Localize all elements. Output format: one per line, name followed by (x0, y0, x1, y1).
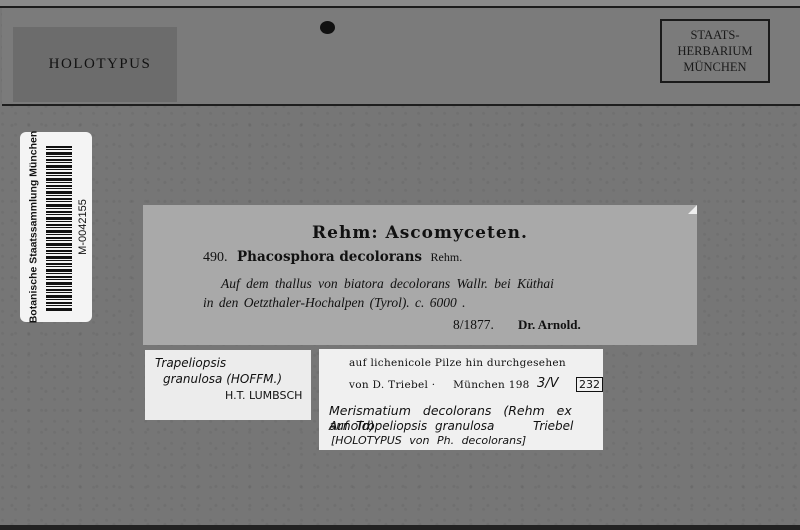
revision-boxed-number: 232 (576, 377, 603, 392)
revision-reviewer: von D. Triebel · (349, 379, 435, 391)
locality-line-2: in den Oetzthaler-Hochalpen (Tyrol). c. … (203, 295, 466, 311)
specimen-id-text: M-0042155 (77, 199, 89, 255)
revision-hand-line-2: auf Tropeliopsis granulosa (329, 419, 494, 433)
barcode-institution: Botanische Staatssammlung München (22, 132, 44, 322)
revision-printed-line-1: auf lichenicole Pilze hin durchgesehen (349, 357, 566, 369)
species-line: 490. Phacosphora decolorans Rehm. (203, 249, 462, 266)
revision-label: auf lichenicole Pilze hin durchgesehen v… (319, 349, 603, 450)
revision-handwritten-date: 3/V (537, 376, 559, 391)
holotypus-text: HOLOTYPUS (39, 56, 152, 73)
holotypus-label: HOLOTYPUS (13, 27, 177, 102)
barcode-id: M-0042155 (74, 132, 92, 322)
revision-city-year: München 198 (453, 379, 530, 391)
folder-bottom-edge (0, 525, 800, 530)
institution-text: Botanische Staatssammlung München (27, 131, 39, 324)
species-name: Phacosphora decolorans (237, 249, 422, 265)
exsiccata-number: 490. (203, 250, 228, 265)
folder-top-edge (0, 0, 800, 8)
det-line-1: Trapeliopsis (155, 356, 226, 371)
barcode-icon (46, 146, 72, 311)
stamp-line-1: STAATS- (690, 27, 739, 43)
revision-hand-line-3: [HOLOTYPUS von Ph. decolorans] (331, 434, 526, 447)
ink-spot (320, 21, 335, 34)
det-line-3: H.T. LUMBSCH (225, 388, 302, 403)
collection-date: 8/1877. (453, 317, 494, 333)
series-title: Rehm: Ascomyceten. (143, 223, 697, 243)
barcode-label: Botanische Staatssammlung München M-0042… (20, 132, 92, 322)
revision-hand-author: Triebel (533, 419, 573, 433)
label-corner-fold (688, 205, 697, 214)
printed-exsiccata-label: Rehm: Ascomyceten. 490. Phacosphora deco… (143, 205, 697, 345)
stamp-line-3: MÜNCHEN (683, 59, 746, 75)
revision-printed-line-2: von D. Triebel · München 198 (349, 379, 530, 391)
stamp-line-2: HERBARIUM (677, 43, 752, 59)
herbarium-sheet: HOLOTYPUS STAATS- HERBARIUM MÜNCHEN Bota… (0, 0, 800, 530)
species-author: Rehm. (431, 250, 463, 264)
collector: Dr. Arnold. (518, 317, 581, 333)
det-line-2: granulosa (HOFFM.) (163, 372, 282, 387)
locality-line-1: Auf dem thallus von biatora decolorans W… (221, 276, 554, 292)
determination-label: Trapeliopsis granulosa (HOFFM.) H.T. LUM… (145, 350, 311, 420)
herbarium-stamp: STAATS- HERBARIUM MÜNCHEN (660, 19, 770, 83)
